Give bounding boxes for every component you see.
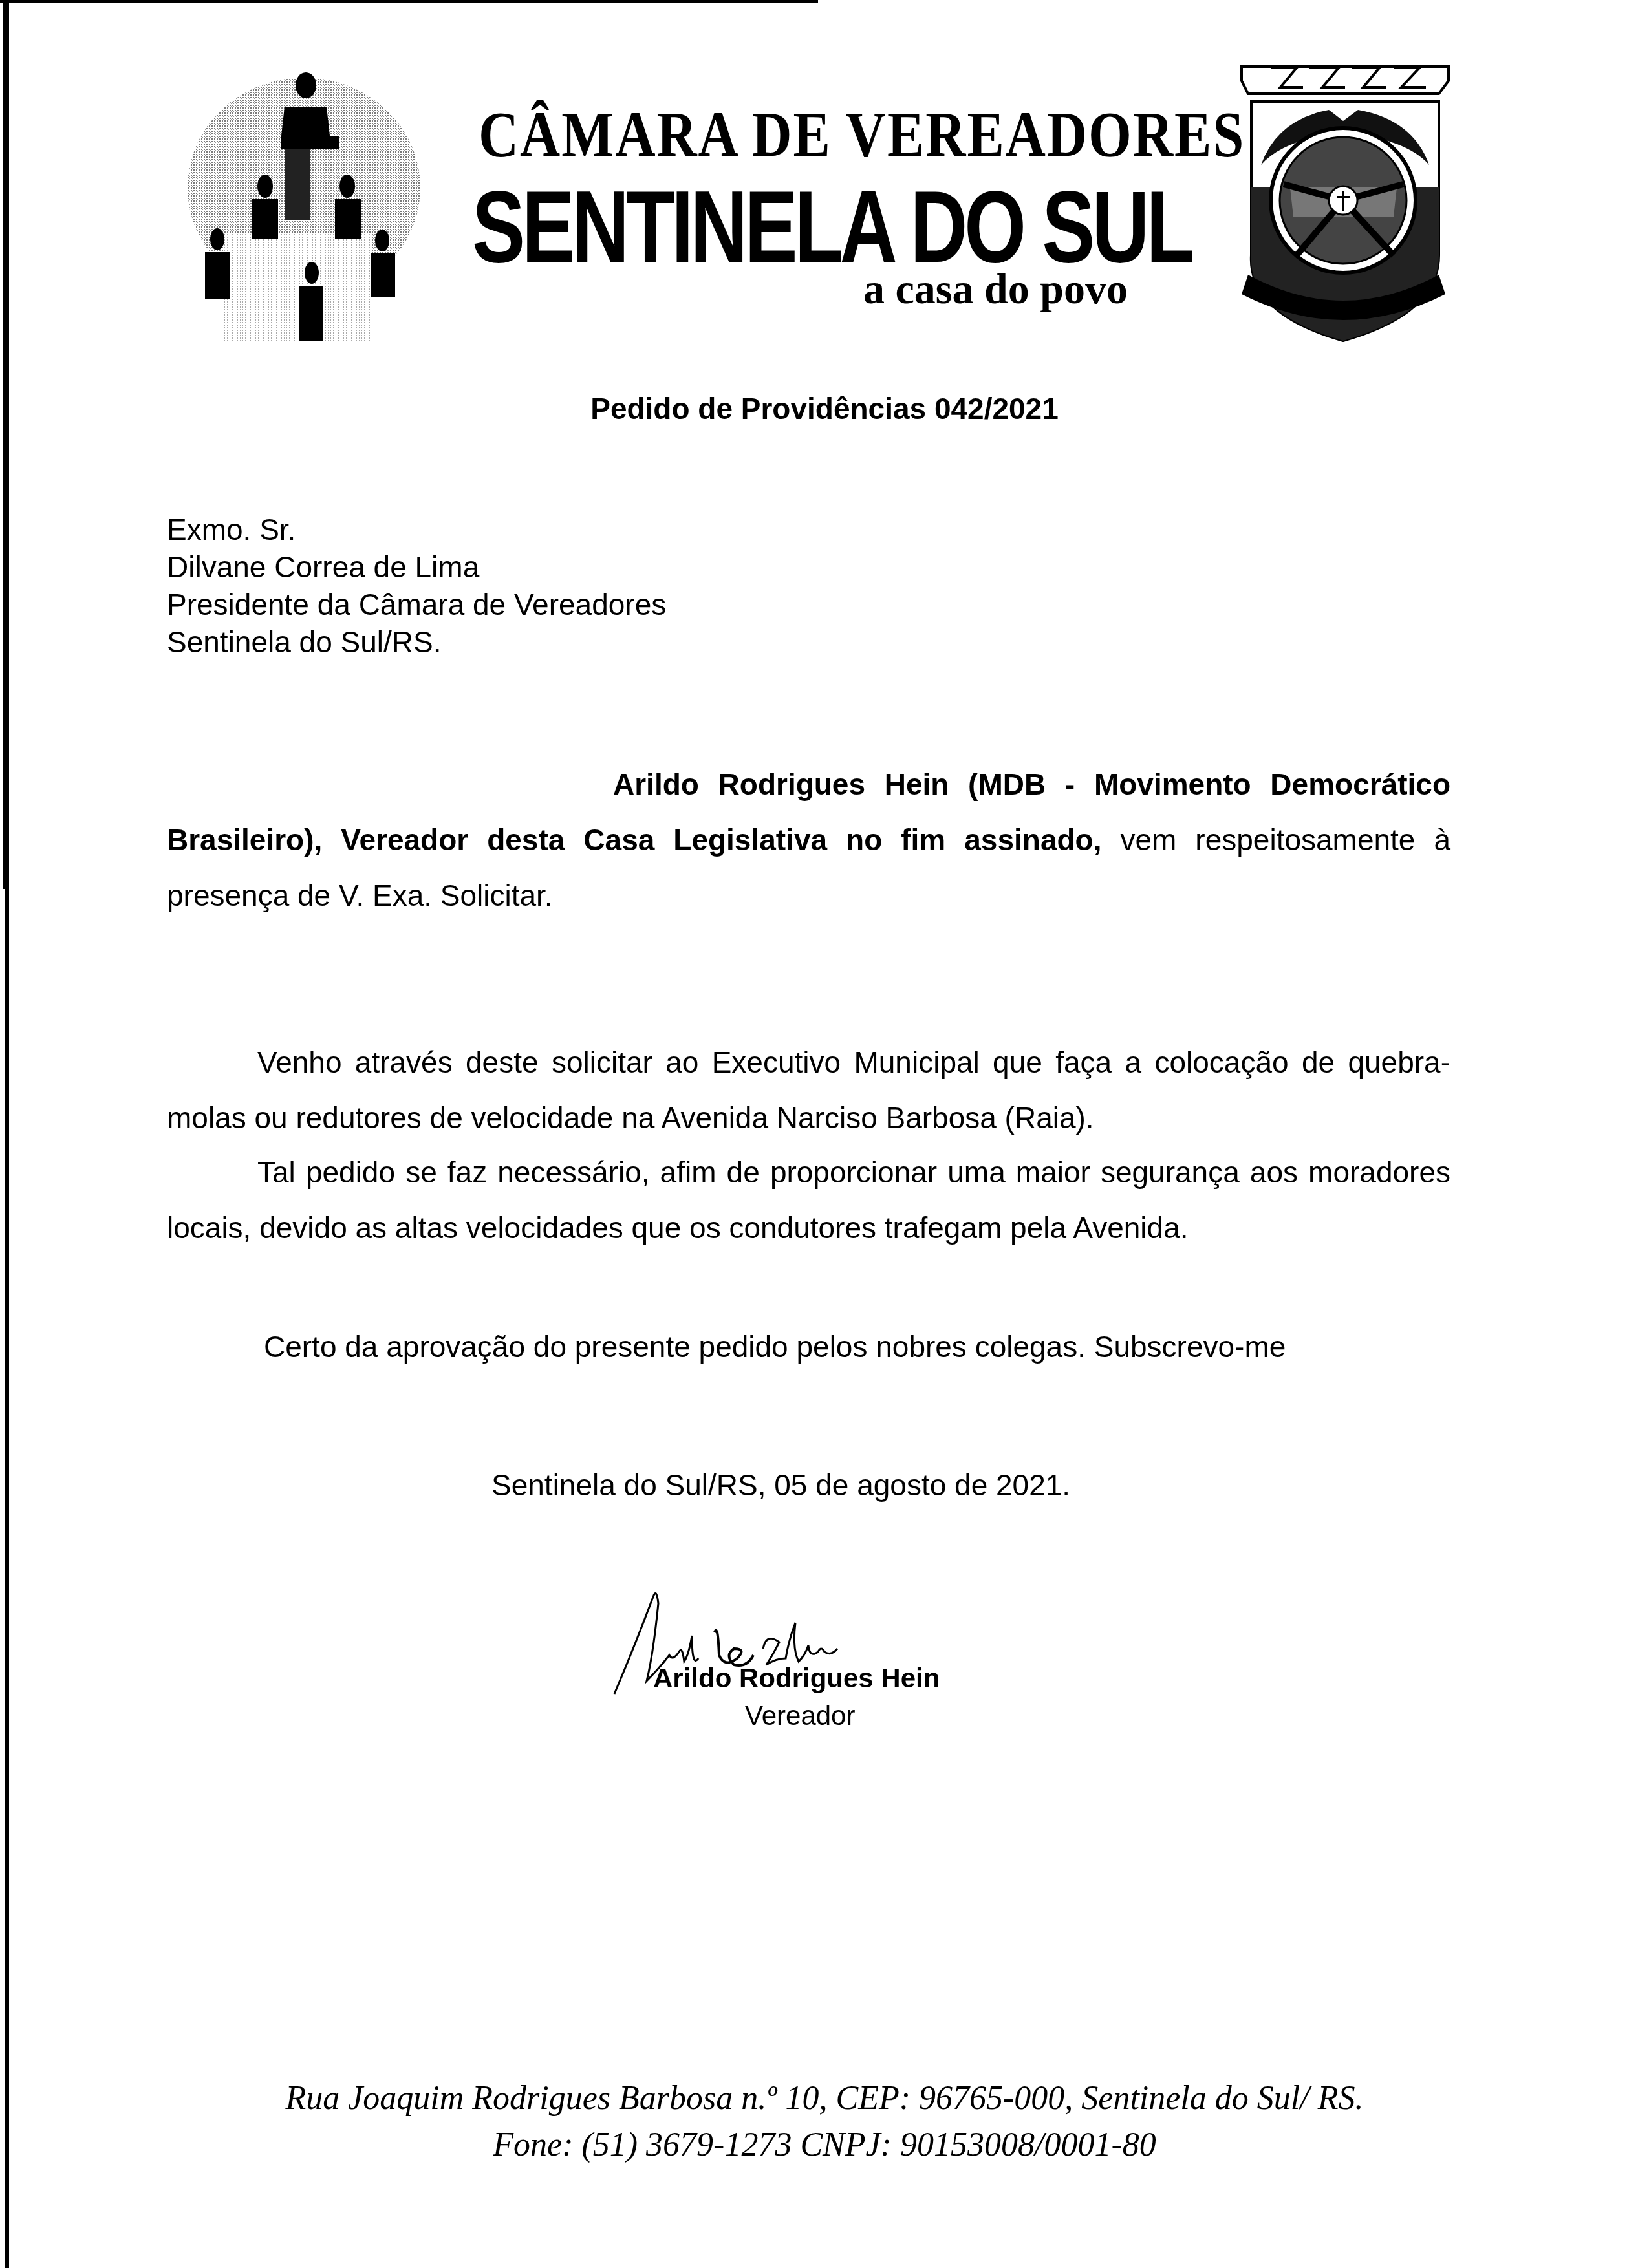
scan-edge-left bbox=[3, 0, 9, 889]
municipal-coat-of-arms-icon bbox=[1232, 61, 1455, 346]
addressee-name: Dilvane Correa de Lima bbox=[167, 548, 666, 586]
people-assembly-logo-icon bbox=[165, 71, 443, 343]
addressee-location: Sentinela do Sul/RS. bbox=[167, 623, 666, 661]
signer-name: Arildo Rodrigues Hein bbox=[653, 1663, 940, 1694]
footer-contact: Fone: (51) 3679-1273 CNPJ: 90153008/0001… bbox=[0, 2122, 1649, 2168]
addressee-title: Presidente da Câmara de Vereadores bbox=[167, 586, 666, 623]
place-and-date: Sentinela do Sul/RS, 05 de agosto de 202… bbox=[491, 1468, 1070, 1503]
justification-paragraph: Tal pedido se faz necessário, afim de pr… bbox=[167, 1144, 1450, 1256]
addressee-block: Exmo. Sr. Dilvane Correa de Lima Preside… bbox=[167, 511, 666, 661]
intro-paragraph: Arildo Rodrigues Hein (MDB - Movimento D… bbox=[167, 756, 1450, 923]
scan-edge-left-lower bbox=[5, 889, 9, 2268]
footer: Rua Joaquim Rodrigues Barbosa n.º 10, CE… bbox=[0, 2075, 1649, 2168]
scan-edge-top bbox=[0, 0, 818, 3]
letterhead-line-1: CÂMARA DE VEREADORES bbox=[479, 97, 1245, 171]
document-title: Pedido de Providências 042/2021 bbox=[0, 391, 1649, 426]
footer-address: Rua Joaquim Rodrigues Barbosa n.º 10, CE… bbox=[0, 2075, 1649, 2122]
signer-role: Vereador bbox=[745, 1700, 855, 1731]
closing-paragraph: Certo da aprovação do presente pedido pe… bbox=[167, 1319, 1450, 1375]
request-paragraph: Venho através deste solicitar ao Executi… bbox=[167, 1034, 1450, 1146]
letterhead-tagline: a casa do povo bbox=[863, 265, 1128, 314]
addressee-salutation: Exmo. Sr. bbox=[167, 511, 666, 548]
